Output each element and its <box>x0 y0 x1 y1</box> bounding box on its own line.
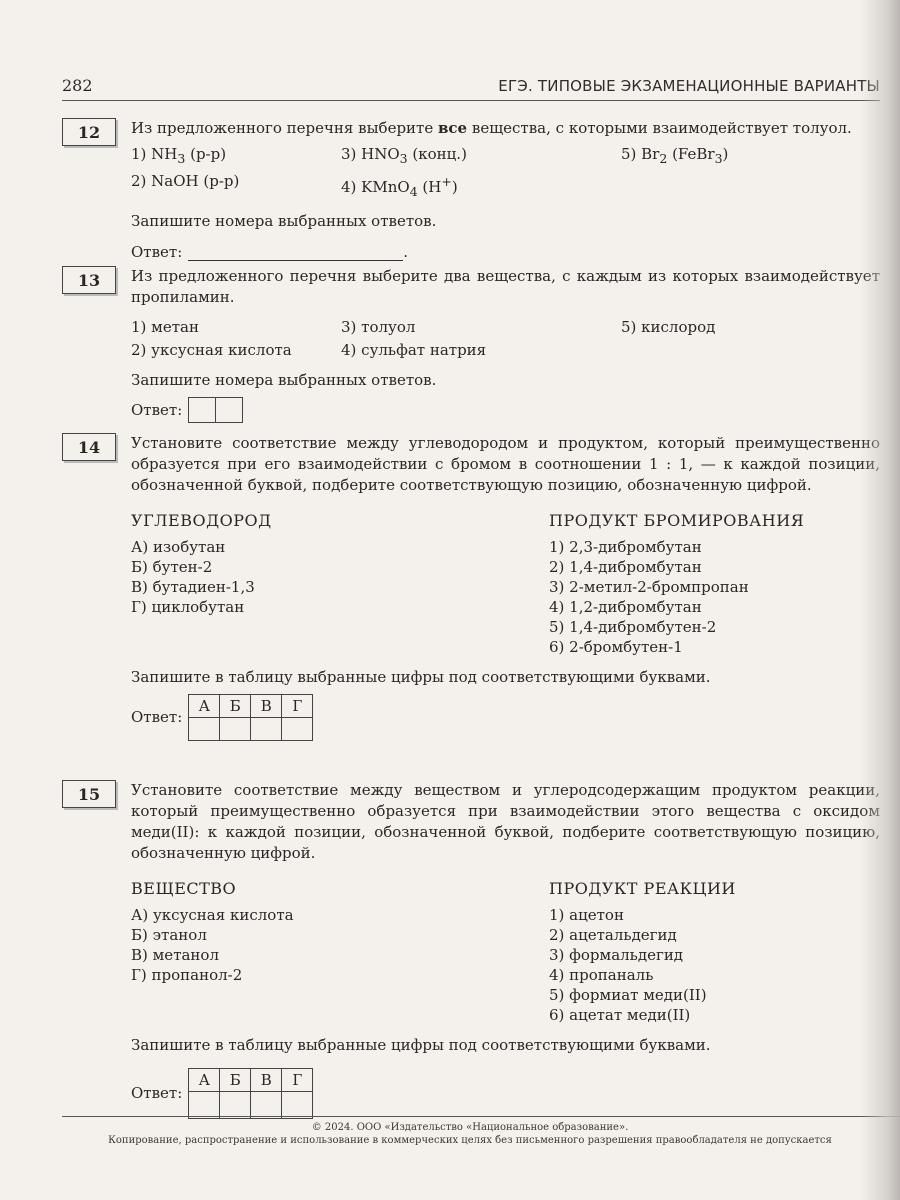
answer-header-g: Г <box>282 695 313 718</box>
task-instruction: Запишите в таблицу выбранные цифры под с… <box>131 667 880 688</box>
task-number-badge: 13 <box>62 266 116 294</box>
option-1: 1) метан <box>131 316 341 339</box>
left-item: В) метанол <box>131 945 549 965</box>
left-item: А) изобутан <box>131 537 549 557</box>
answer-cells <box>188 397 243 423</box>
left-item: Б) бутен-2 <box>131 557 549 577</box>
left-item: Б) этанол <box>131 925 549 945</box>
answer-header-a: А <box>189 695 220 718</box>
answer-label: Ответ: <box>131 242 182 263</box>
task-instruction: Запишите номера выбранных ответов. <box>131 370 880 391</box>
right-item: 3) формальдегид <box>549 945 880 965</box>
page-header: 282 ЕГЭ. ТИПОВЫЕ ЭКЗАМЕНАЦИОННЫЕ ВАРИАНТ… <box>62 76 880 95</box>
right-item: 1) 2,3-дибромбутан <box>549 537 880 557</box>
copyright-notice: Копирование, распространение и использов… <box>40 1134 900 1147</box>
option-2: 2) уксусная кислота <box>131 339 341 362</box>
answer-row: Ответ: . <box>131 242 880 263</box>
right-item: 4) 1,2-дибромбутан <box>549 597 880 617</box>
answer-cell-a[interactable] <box>189 718 220 741</box>
header-divider <box>62 100 880 101</box>
option-2: 2) NaOH (р-р) <box>131 170 341 203</box>
right-column-header: ПРОДУКТ БРОМИРОВАНИЯ <box>549 510 880 531</box>
right-item: 2) 1,4-дибромбутан <box>549 557 880 577</box>
task-question: Установите соответствие между углеводоро… <box>131 433 880 496</box>
left-column-header: УГЛЕВОДОРОД <box>131 510 549 531</box>
page-number: 282 <box>62 76 93 95</box>
task-13: 13 Из предложенного перечня выберите два… <box>62 266 880 423</box>
option-3: 3) толуол <box>341 316 621 339</box>
copyright-line: © 2024. ООО «Издательство «Национальное … <box>40 1121 900 1134</box>
right-item: 4) пропаналь <box>549 965 880 985</box>
left-column: ВЕЩЕСТВО А) уксусная кислота Б) этанол В… <box>131 878 549 1025</box>
task-15: 15 Установите соответствие между веществ… <box>62 780 880 1119</box>
answer-cell-g[interactable] <box>282 1092 313 1119</box>
answer-row: Ответ: А Б В Г <box>131 694 880 741</box>
right-column: ПРОДУКТ РЕАКЦИИ 1) ацетон 2) ацетальдеги… <box>549 878 880 1025</box>
answer-cell-b[interactable] <box>220 718 251 741</box>
left-column: УГЛЕВОДОРОД А) изобутан Б) бутен-2 В) бу… <box>131 510 549 657</box>
option-5: 5) Br2 (FeBr3) <box>621 143 821 170</box>
footer-divider <box>62 1116 900 1117</box>
answer-row: Ответ: А Б В Г <box>131 1068 880 1119</box>
answer-label: Ответ: <box>131 1083 182 1104</box>
right-item: 6) 2-бромбутен-1 <box>549 637 880 657</box>
answer-table: А Б В Г <box>188 1068 313 1119</box>
answer-cell-1[interactable] <box>189 398 215 422</box>
options-list: 1) метан 3) толуол 5) кислород 2) уксусн… <box>131 316 880 362</box>
right-column: ПРОДУКТ БРОМИРОВАНИЯ 1) 2,3-дибромбутан … <box>549 510 880 657</box>
right-item: 5) 1,4-дибромбутен-2 <box>549 617 880 637</box>
task-14: 14 Установите соответствие между углевод… <box>62 433 880 741</box>
running-title: ЕГЭ. ТИПОВЫЕ ЭКЗАМЕНАЦИОННЫЕ ВАРИАНТЫ <box>498 77 880 95</box>
task-number-badge: 12 <box>62 118 116 146</box>
option-1: 1) NH3 (р-р) <box>131 143 341 170</box>
answer-header-g: Г <box>282 1069 313 1092</box>
option-4: 4) KMnO4 (H+) <box>341 170 621 203</box>
task-instruction: Запишите в таблицу выбранные цифры под с… <box>131 1035 880 1056</box>
answer-cell-2[interactable] <box>215 398 242 422</box>
left-item: Г) пропанол-2 <box>131 965 549 985</box>
answer-table: А Б В Г <box>188 694 313 741</box>
right-column-header: ПРОДУКТ РЕАКЦИИ <box>549 878 880 899</box>
left-item: В) бутадиен-1,3 <box>131 577 549 597</box>
answer-input-line[interactable] <box>188 244 403 261</box>
task-12: 12 Из предложенного перечня выберите все… <box>62 118 880 263</box>
task-question: Из предложенного перечня выберите все ве… <box>131 118 880 139</box>
answer-cell-v[interactable] <box>251 1092 282 1119</box>
answer-header-b: Б <box>220 1069 251 1092</box>
task-number-badge: 15 <box>62 780 116 808</box>
answer-cell-g[interactable] <box>282 718 313 741</box>
answer-label: Ответ: <box>131 707 182 728</box>
answer-header-b: Б <box>220 695 251 718</box>
answer-cell-b[interactable] <box>220 1092 251 1119</box>
right-item: 6) ацетат меди(II) <box>549 1005 880 1025</box>
left-column-header: ВЕЩЕСТВО <box>131 878 549 899</box>
task-question: Установите соответствие между веществом … <box>131 780 880 864</box>
matching-columns: ВЕЩЕСТВО А) уксусная кислота Б) этанол В… <box>131 878 880 1025</box>
matching-columns: УГЛЕВОДОРОД А) изобутан Б) бутен-2 В) бу… <box>131 510 880 657</box>
right-item: 2) ацетальдегид <box>549 925 880 945</box>
answer-cell-a[interactable] <box>189 1092 220 1119</box>
left-item: А) уксусная кислота <box>131 905 549 925</box>
options-list: 1) NH3 (р-р) 3) HNO3 (конц.) 5) Br2 (FeB… <box>131 143 880 203</box>
answer-header-v: В <box>251 1069 282 1092</box>
option-3: 3) HNO3 (конц.) <box>341 143 621 170</box>
task-instruction: Запишите номера выбранных ответов. <box>131 211 880 232</box>
right-item: 1) ацетон <box>549 905 880 925</box>
task-number-badge: 14 <box>62 433 116 461</box>
right-item: 5) формиат меди(II) <box>549 985 880 1005</box>
left-item: Г) циклобутан <box>131 597 549 617</box>
task-question: Из предложенного перечня выберите два ве… <box>131 266 880 308</box>
answer-header-a: А <box>189 1069 220 1092</box>
answer-label: Ответ: <box>131 400 182 421</box>
option-5: 5) кислород <box>621 316 821 339</box>
answer-cell-v[interactable] <box>251 718 282 741</box>
right-item: 3) 2-метил-2-бромпропан <box>549 577 880 597</box>
answer-header-v: В <box>251 695 282 718</box>
option-4: 4) сульфат натрия <box>341 339 621 362</box>
page-footer: © 2024. ООО «Издательство «Национальное … <box>40 1121 900 1147</box>
answer-row: Ответ: <box>131 397 880 423</box>
